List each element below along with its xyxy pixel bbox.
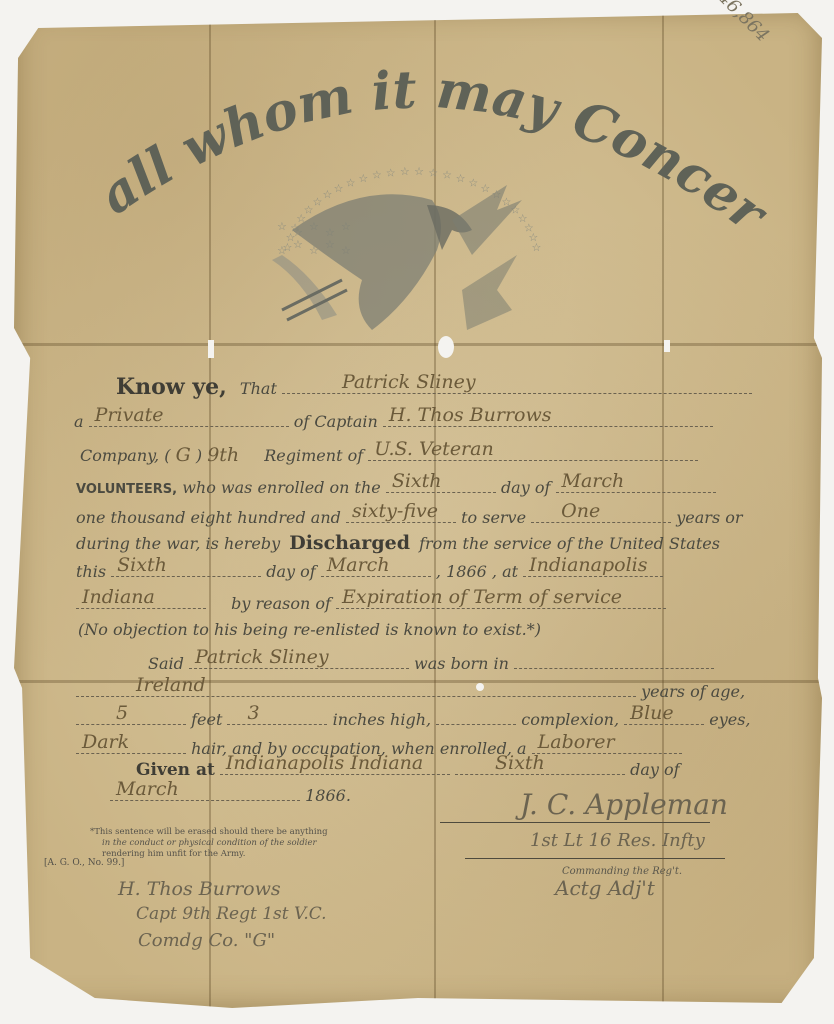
given-at-line: Given at Indianapolis Indiana Sixth day … (136, 756, 680, 780)
serve-years: One (561, 500, 600, 522)
this-label: this (76, 562, 106, 581)
volunteers-label: VOLUNTEERS, (76, 482, 177, 497)
said-name: Patrick Sliney (195, 646, 329, 668)
soldier-name: Patrick Sliney (342, 371, 476, 393)
enrolled-label: who was enrolled on the (182, 478, 381, 497)
by-reason-label: by reason of (231, 594, 331, 613)
birthplace: Ireland (136, 674, 206, 696)
footnote-line: in the conduct or physical condition of … (90, 838, 328, 849)
svg-text:☆: ☆ (386, 166, 396, 179)
discharge-year: , 1866 (436, 562, 487, 581)
discharge-reason: Expiration of Term of service (342, 586, 622, 608)
eagle-emblem-icon: ☆☆☆☆☆☆☆☆☆☆☆☆☆☆☆☆☆☆☆☆☆☆☆☆☆☆☆☆☆☆☆☆☆☆☆☆ (262, 160, 552, 345)
svg-text:☆: ☆ (442, 169, 452, 182)
height-feet: 5 (116, 702, 128, 724)
captain-name: H. Thos Burrows (389, 404, 552, 426)
svg-text:☆: ☆ (346, 176, 356, 189)
commander-extra: Actg Adj't (555, 876, 655, 900)
svg-text:☆: ☆ (312, 195, 322, 208)
captain-command: Comdg Co. "G" (138, 930, 275, 951)
objection-note: (No objection to his being re-enlisted i… (78, 620, 541, 639)
company-letter: G (176, 444, 191, 466)
years-of-age-label: years of age, (641, 682, 745, 701)
objection-line: (No objection to his being re-enlisted i… (78, 620, 541, 639)
given-month: March (116, 778, 179, 800)
reason-line: Indiana by reason of Expiration of Term … (76, 590, 666, 613)
svg-text:☆: ☆ (531, 241, 541, 254)
svg-text:☆: ☆ (468, 176, 478, 189)
born-in-label: was born in (414, 654, 509, 673)
a-label: a (74, 412, 84, 431)
discharge-place: Indianapolis (529, 554, 647, 576)
svg-text:☆: ☆ (480, 182, 490, 195)
enrolled-year: sixty-five (352, 500, 438, 522)
paper-tear (664, 340, 670, 352)
enrolled-month: March (562, 470, 625, 492)
enrolled-line: VOLUNTEERS, who was enrolled on the Sixt… (76, 474, 716, 497)
of-captain-label: of Captain (294, 412, 378, 431)
captain-title: Capt 9th Regt 1st V.C. (136, 904, 327, 924)
ago-order-number: [A. G. O., No. 99.] (44, 858, 124, 868)
svg-text:☆: ☆ (414, 165, 424, 178)
signature-rule (440, 822, 710, 823)
birthplace-line: Ireland years of age, (76, 678, 745, 701)
regiment-number: 9th (207, 444, 239, 466)
rank-line: a Private of Captain H. Thos Burrows (74, 408, 713, 431)
rank: Private (95, 404, 164, 426)
given-month-line: March 1866. (110, 782, 351, 805)
discharged-line: during the war, is hereby Discharged fro… (76, 532, 720, 554)
eye-color: Blue (630, 702, 674, 724)
said-line: Said Patrick Sliney was born in (148, 650, 714, 673)
commander-title: 1st Lt 16 Res. Infty (530, 830, 705, 851)
paper-tear (208, 340, 214, 358)
given-at-label: Given at (136, 760, 215, 780)
day-of-label: day of (630, 760, 679, 779)
captain-signature: H. Thos Burrows (118, 878, 281, 900)
during-war-label: during the war, is hereby (76, 534, 280, 553)
discharged-label: Discharged (289, 532, 410, 554)
footnote-line: *This sentence will be erased should the… (90, 827, 328, 838)
footnote: *This sentence will be erased should the… (90, 827, 328, 860)
given-place: Indianapolis Indiana (226, 752, 423, 774)
enrolled-year-line: one thousand eight hundred and sixty-fiv… (76, 504, 743, 527)
discharge-day: Sixth (117, 554, 167, 576)
company-line: Company, ( G ) 9th Regiment of U.S. Vete… (80, 442, 698, 466)
company-paren: ) (196, 446, 202, 465)
svg-text:☆: ☆ (428, 166, 438, 179)
from-service-label: from the service of the United States (419, 534, 720, 553)
commander-signature: J. C. Appleman (520, 788, 728, 821)
svg-text:☆: ☆ (322, 188, 332, 201)
physical-line: 5 feet 3 inches high, complexion, Blue e… (76, 706, 751, 729)
svg-text:☆: ☆ (456, 172, 466, 185)
hair-color: Dark (82, 731, 129, 753)
day-of-label: day of (501, 478, 550, 497)
given-year: 1866. (305, 786, 351, 805)
regiment-name: U.S. Veteran (374, 438, 493, 460)
regiment-label: Regiment of (264, 446, 363, 465)
discharge-date-line: this Sixth day of March , 1866 , at Indi… (76, 558, 663, 581)
complexion-label: complexion, (521, 710, 619, 729)
that-label: That (240, 379, 277, 398)
footnote-line: rendering him unfit for the Army. (90, 849, 328, 860)
eyes-label: eyes, (709, 710, 750, 729)
occupation: Laborer (538, 731, 615, 753)
height-inches: 3 (247, 702, 259, 724)
discharge-state: Indiana (82, 586, 155, 608)
svg-text:☆: ☆ (400, 165, 410, 178)
given-day: Sixth (495, 752, 545, 774)
discharge-month: March (327, 554, 390, 576)
signature-rule (465, 858, 725, 859)
at-label: , at (492, 562, 518, 581)
enrolled-day: Sixth (392, 470, 442, 492)
feet-label: feet (191, 710, 222, 729)
svg-text:☆: ☆ (277, 220, 287, 233)
years-or-label: years or (676, 508, 742, 527)
company-label: Company, ( (80, 446, 170, 465)
to-serve-label: to serve (461, 508, 526, 527)
svg-text:☆: ☆ (372, 169, 382, 182)
inches-high-label: inches high, (333, 710, 432, 729)
day-of-label: day of (266, 562, 315, 581)
year-label: one thousand eight hundred and (76, 508, 341, 527)
svg-text:☆: ☆ (293, 238, 303, 251)
know-ye-label: Know ye, (116, 374, 227, 400)
svg-text:☆: ☆ (358, 172, 368, 185)
know-ye-line: Know ye, That Patrick Sliney (116, 374, 752, 400)
said-label: Said (148, 654, 184, 673)
svg-text:☆: ☆ (334, 182, 344, 195)
